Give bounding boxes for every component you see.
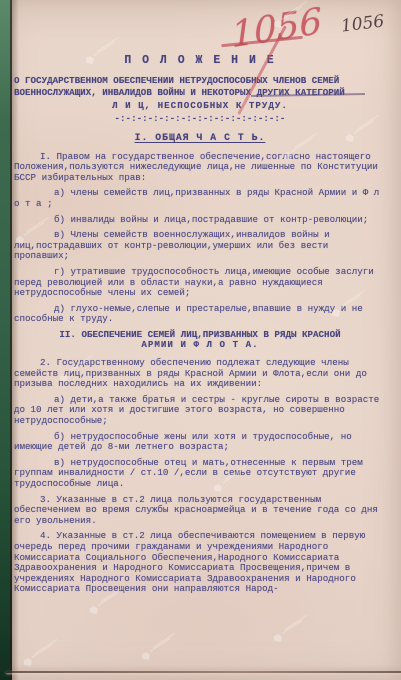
archival-document-photo: П О Л О Ж Е Н И ЕО ГОСУДАРСТВЕННОМ ОБЕСП… <box>0 0 401 680</box>
doc-block-18: 3. Указанные в ст.2 лица пользуются госу… <box>14 495 386 527</box>
bottom-fold-line <box>6 671 401 673</box>
doc-block-16: б) нетрудоспособные жены или хотя и труд… <box>14 432 386 453</box>
doc-block-7: а) члены семейств лиц,призванных в ряды … <box>14 188 386 209</box>
doc-block-10: г) утратившие трудоспособность лица,имею… <box>14 267 386 299</box>
doc-block-14: 2. Государственному обеспечению подлежат… <box>14 358 386 390</box>
doc-block-19: 4. Указанные в ст.2 лица обеспечиваются … <box>14 531 386 595</box>
doc-block-15: а) дети,а также братья и сестры - круглы… <box>14 395 386 427</box>
binding-edge <box>0 0 12 680</box>
doc-block-11: д) глухо-немые,слепые и престарелые,впав… <box>14 304 386 325</box>
doc-block-9: в) Члены семейств военнослужащих,инвалид… <box>14 230 386 262</box>
doc-block-1: О ГОСУДАРСТВЕННОМ ОБЕСПЕЧЕНИИ НЕТРУДОСПО… <box>14 76 386 87</box>
doc-block-0: П О Л О Ж Е Н И Е <box>14 56 386 67</box>
doc-block-6: I. Правом на государственное обеспечение… <box>14 152 386 184</box>
doc-block-4: -:-:-:-:-:-:-:-:-:-:-:-:-:-:-:- <box>14 114 386 125</box>
doc-block-13: АРМИИ И Ф Л О Т А. <box>14 340 386 351</box>
doc-block-5: I. ОБЩАЯ Ч А С Т Ь. <box>14 133 386 144</box>
doc-block-17: в) нетрудоспособные отец и мать,отнесенн… <box>14 458 386 490</box>
doc-block-3: Л И Ц, НЕСПОСОБНЫХ К ТРУДУ. <box>14 101 386 112</box>
document-text: П О Л О Ж Е Н И ЕО ГОСУДАРСТВЕННОМ ОБЕСП… <box>14 56 386 600</box>
doc-block-8: б) инвалиды войны и лица,пострадавшие от… <box>14 215 386 226</box>
